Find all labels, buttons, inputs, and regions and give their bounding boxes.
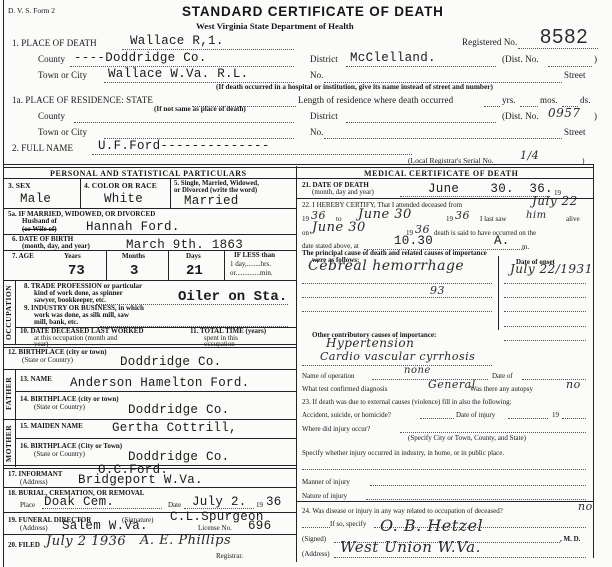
injury-year-prefix: 19 [552, 411, 559, 419]
alive-label: alive [566, 215, 580, 223]
burial-date-label: Date [168, 501, 181, 509]
occupation-related-label: 24. Was disease or injury in any way rel… [302, 507, 503, 515]
rule [168, 250, 169, 280]
full-name-value: U.F.Ford-------------- [98, 139, 270, 153]
physician-address-label: (Address) [302, 550, 330, 558]
rule [302, 283, 492, 284]
rule [3, 178, 296, 179]
county-label: County [38, 54, 65, 64]
yrs-label: yrs. [502, 95, 516, 105]
res-county-rule [74, 122, 294, 123]
rule [302, 297, 492, 298]
burial-year: 36 [266, 495, 282, 509]
res-town-label: Town or City [38, 127, 87, 137]
test-value: General [428, 378, 476, 391]
less-label-3: or..............min. [230, 269, 273, 277]
last-saw-pronoun: him [526, 210, 547, 221]
res-dist-no-label: (Dist. No. [502, 111, 539, 121]
signed-label: (Signed) [302, 535, 326, 543]
months-value: 3 [130, 263, 138, 279]
certificate-title: STANDARD CERTIFICATE OF DEATH [182, 4, 444, 19]
specify-whether-label: Specify whether injury occurred in indus… [302, 449, 504, 457]
informant-label: 17. INFORMANT [8, 470, 62, 478]
rule [15, 391, 296, 392]
days-label: Days [186, 252, 201, 260]
rule [370, 485, 586, 486]
filed-date: July 2 1936 [46, 534, 126, 549]
rule [15, 419, 16, 467]
funeral-address-label: (Address) [20, 524, 48, 532]
if-so-label: If so, specify [330, 520, 366, 528]
rule [3, 208, 296, 209]
rule [3, 280, 296, 281]
res-district-rule [346, 122, 496, 123]
rule [400, 432, 586, 433]
mos-rule [520, 106, 538, 107]
town-value: Wallace W.Va. R.L. [108, 67, 248, 81]
rule [80, 178, 81, 208]
father-side-tab: FATHER [4, 377, 13, 410]
color-label: 4. COLOR OR RACE [84, 181, 157, 190]
rule [3, 369, 296, 370]
age-label: 7. AGE [12, 252, 34, 260]
rule [498, 256, 499, 330]
rule [302, 527, 330, 528]
rule [3, 419, 296, 420]
sex-label: 3. SEX [8, 181, 31, 190]
street-label: Street [564, 70, 586, 80]
attended-to: June 30 [358, 207, 412, 222]
last-saw-label: I last saw [480, 215, 506, 223]
district-rule [346, 66, 496, 67]
informant-address-label: (Address) [20, 478, 48, 486]
date-injury-label: Date of injury [456, 411, 495, 419]
place-of-death-rule [122, 49, 294, 50]
where-injury-label: Where did injury occur? [302, 425, 370, 433]
birthplace-label-1: 12. BIRTHPLACE (city or town) [8, 348, 107, 356]
mother-name-value: Gertha Cottrill, [112, 421, 237, 435]
rule [504, 297, 586, 298]
occupation-related-value: no [578, 500, 593, 513]
rule [504, 311, 586, 312]
father-name-value: Anderson Hamelton Ford. [70, 376, 249, 390]
rule [15, 280, 16, 344]
to-year: 36 [455, 209, 470, 222]
rule [302, 311, 492, 312]
rule [296, 501, 593, 502]
form-id: D. V. S. Form 2 [8, 6, 55, 15]
death-said-label: death is said to have occurred on the [434, 229, 536, 237]
external-label: 23. If death was due to external causes … [302, 398, 512, 406]
full-name-label: 2. FULL NAME [12, 143, 73, 153]
dist-no-label: (Dist. No. [502, 54, 539, 64]
father-bp-value: Doddridge Co. [128, 403, 229, 417]
years-label: Years [64, 252, 81, 260]
trade-value: Oiler on Sta. [178, 289, 287, 305]
op-date-label: Date of [492, 372, 513, 380]
personal-heading: PERSONAL AND STATISTICAL PARTICULARS [50, 169, 247, 178]
rule [15, 369, 16, 419]
informant-address: Bridgeport W.Va. [78, 473, 203, 487]
autopsy-value: no [566, 378, 581, 391]
section-top-double-rule [3, 164, 593, 168]
birthplace-label-2: (State or Country) [22, 356, 73, 364]
residence-note: (If not same as place of death) [154, 105, 246, 113]
industry-label-3: mill, bank, etc. [34, 318, 78, 326]
sex-value: Male [20, 192, 51, 206]
less-label-1: IF LESS than [234, 251, 275, 259]
rule [504, 283, 586, 284]
marital-label-1: 5. Single, Married, Widowed, [174, 180, 259, 187]
spouse-value: Hannah Ford. [86, 220, 180, 234]
color-value: White [104, 192, 143, 206]
physician-address: West Union W.Va. [340, 538, 481, 556]
yrs-rule [484, 106, 500, 107]
rule [334, 557, 586, 558]
trade-label-3: sawyer, bookkeeper, etc. [34, 296, 106, 304]
registrar-signature: A. E. Phillips [140, 533, 231, 548]
res-street-no-label: No. [310, 127, 324, 137]
length-residence-label: Length of residence where death occurred [298, 95, 453, 105]
time-value: 10.30 [394, 234, 433, 248]
license-value: 696 [248, 519, 271, 533]
full-name-rule [92, 154, 412, 155]
street-no-label: No. [310, 70, 324, 80]
mother-name-label: 15. MAIDEN NAME [20, 422, 83, 430]
place-of-death-label: 1. PLACE OF DEATH [12, 38, 97, 48]
birthplace-value: Doddridge Co. [120, 355, 221, 369]
onset-date: July 22/1931 [510, 262, 593, 276]
rule [504, 326, 586, 327]
town-label: Town or City [38, 70, 87, 80]
burial-place-label: Place [20, 501, 35, 509]
from-year-prefix: 19 [302, 215, 309, 223]
ampm-value: A. [494, 234, 510, 248]
cause-code: 93 [430, 284, 445, 297]
certificate-subtitle: West Virginia State Department of Health [196, 21, 354, 31]
right-border [593, 164, 594, 558]
res-street-label: Street [564, 127, 586, 137]
rule [504, 340, 586, 341]
on-label: on [302, 229, 309, 237]
father-bp-label-1: 14. BIRTHPLACE (city or town) [20, 395, 119, 403]
burial-year-prefix: 19 [256, 501, 263, 509]
rule [224, 250, 225, 280]
attended-from: July 22 [532, 194, 578, 208]
months-label: Months [122, 252, 145, 260]
physician-signature: O. B. Hetzel [380, 516, 483, 535]
res-county-label: County [38, 111, 65, 121]
spouse-label-3: (or Wife of) [22, 225, 57, 233]
father-name-label: 13. NAME [20, 375, 52, 383]
marital-value: Married [184, 194, 239, 208]
hospital-note: (If death occurred in a hospital or inst… [216, 82, 493, 91]
registered-no: 8582 [540, 26, 589, 49]
mother-bp-value: Doddridge Co. [128, 450, 229, 464]
marital-label-2: or Divorced (write the word) [174, 187, 257, 194]
less-label-2: 1 day,........hrs. [230, 260, 271, 268]
md-label: , M. D. [560, 535, 580, 543]
rule [366, 499, 586, 500]
years-value: 73 [68, 263, 85, 279]
ds-label: ds. [580, 95, 591, 105]
medical-heading: MEDICAL CERTIFICATE OF DEATH [364, 169, 518, 178]
last-saw-date: June 30 [312, 220, 366, 235]
father-bp-label-2: (State or Country) [34, 403, 85, 411]
spouse-label-2: Husband of [22, 217, 57, 225]
mother-bp-label-2: (State or Country) [34, 450, 85, 458]
mother-side-tab: MOTHER [4, 425, 13, 462]
district-label: District [310, 54, 338, 64]
rule [562, 418, 586, 419]
dist-no-close: ) [594, 54, 597, 64]
mos-label: mos. [540, 95, 558, 105]
dod-label-2: (month, day and year) [312, 188, 374, 196]
dob-label-2: (month, day, and year) [22, 242, 90, 250]
serial-value: 1/4 [520, 149, 539, 162]
registrar-label: Registrar. [216, 552, 243, 560]
other-cause-2: Cardio vascular cyrrhosis [320, 350, 475, 363]
residence-label: 1a. PLACE OF RESIDENCE: STATE [12, 95, 153, 105]
rule [170, 178, 171, 208]
license-label: License No. [198, 524, 232, 532]
filed-label: 20. FILED [8, 541, 40, 549]
occupation-side-tab: OCCUPATION [4, 285, 13, 340]
rule [400, 196, 550, 197]
rule [302, 365, 492, 366]
left-margin-border [3, 0, 4, 567]
mother-bp-label-1: 16. BIRTHPLACE (City or Town) [20, 442, 122, 450]
nature-label: Nature of injury [302, 492, 347, 500]
res-dist-no: 0957 [548, 106, 581, 120]
res-district-label: District [310, 111, 338, 121]
manner-label: Manner of injury [302, 478, 350, 486]
rule [420, 418, 454, 419]
place-of-death-value: Wallace R,1. [130, 34, 224, 48]
principal-cause: Cebreal hemorrhage [308, 258, 464, 274]
specify-place-note: (Specify City or Town, County, and State… [408, 434, 526, 442]
other-cause-1: Hypertension [326, 336, 414, 350]
burial-date-value: July 2. [192, 495, 247, 509]
to-year-prefix: 19 [446, 215, 453, 223]
dist-no-rule [548, 66, 592, 67]
district-value: McClelland. [350, 51, 436, 65]
county-value: ----Doddridge Co. [74, 51, 207, 65]
autopsy-label: Was there any autopsy [470, 385, 533, 393]
test-label: What test confirmed diagnosis [302, 385, 387, 393]
rule [3, 487, 296, 488]
accident-label: Accident, suicide, or homicide? [302, 411, 391, 419]
res-dist-no-close: ) [594, 111, 597, 121]
res-street-rule [324, 138, 562, 139]
registered-no-label: Registered No. [462, 37, 517, 47]
operation-value: none [404, 365, 431, 376]
column-divider [296, 166, 297, 562]
days-value: 21 [186, 263, 203, 279]
rule [106, 250, 107, 280]
funeral-address-value: Salem W.Va. [62, 519, 148, 533]
burial-place-value: Doak Cem. [44, 495, 114, 509]
rule [302, 469, 586, 470]
rule [15, 438, 296, 439]
m-label: m. [522, 243, 529, 251]
operation-label: Name of operation [302, 372, 354, 380]
rule [508, 418, 548, 419]
rule [296, 178, 593, 179]
